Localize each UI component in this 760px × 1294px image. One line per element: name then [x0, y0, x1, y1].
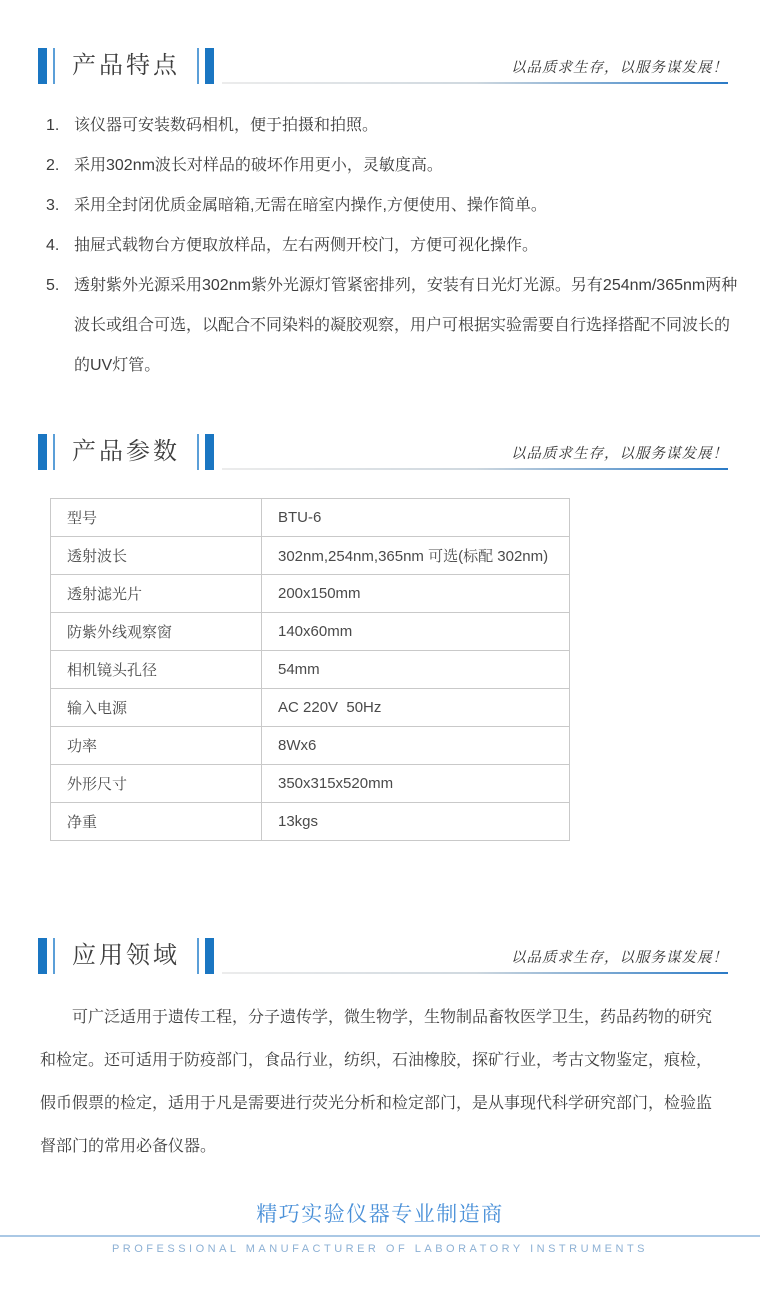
param-label: 防紫外线观察窗 [51, 613, 262, 651]
product-detail-page: 产品特点 以品质求生存，以服务谋发展！ 1.该仪器可安装数码相机，便于拍摄和拍照… [0, 0, 760, 1294]
section-header-applications: 应用领域 以品质求生存，以服务谋发展！ [38, 938, 728, 974]
list-item: 1.该仪器可安装数码相机，便于拍摄和拍照。 [46, 106, 738, 146]
section-header-features: 产品特点 以品质求生存，以服务谋发展！ [38, 48, 728, 84]
param-value: 13kgs [262, 803, 570, 841]
company-slogan: 以品质求生存，以服务谋发展！ [511, 442, 728, 463]
gradient-underline [222, 468, 728, 470]
table-row: 透射波长 302nm,254nm,365nm 可选(标配 302nm) [51, 537, 570, 575]
slogan-area: 以品质求生存，以服务谋发展！ [222, 434, 728, 470]
list-item-text: 采用全封闭优质金属暗箱,无需在暗室内操作,方便使用、操作简单。 [74, 197, 547, 214]
param-value: 140x60mm [262, 613, 570, 651]
list-item-number: 1. [46, 106, 66, 146]
param-label: 相机镜头孔径 [51, 651, 262, 689]
accent-bar-icon [205, 48, 214, 84]
accent-bar-icon [38, 938, 47, 974]
company-slogan: 以品质求生存，以服务谋发展！ [511, 56, 728, 77]
list-item-text: 该仪器可安装数码相机，便于拍摄和拍照。 [74, 117, 378, 134]
applications-paragraph: 可广泛适用于遗传工程，分子遗传学，微生物学，生物制品畜牧医学卫生，药品药物的研究… [40, 996, 724, 1168]
param-label: 透射滤光片 [51, 575, 262, 613]
gradient-underline [222, 82, 728, 84]
footer: 精巧实验仪器专业制造商 PROFESSIONAL MANUFACTURER OF… [0, 1202, 760, 1255]
param-label: 型号 [51, 499, 262, 537]
param-value: 350x315x520mm [262, 765, 570, 803]
param-value: 200x150mm [262, 575, 570, 613]
accent-bar-icon [205, 434, 214, 470]
list-item: 2.采用302nm波长对样品的破坏作用更小，灵敏度高。 [46, 146, 738, 186]
table-row: 相机镜头孔径 54mm [51, 651, 570, 689]
accent-bar-icon [197, 48, 199, 84]
list-item-number: 4. [46, 226, 66, 266]
list-item: 3.采用全封闭优质金属暗箱,无需在暗室内操作,方便使用、操作简单。 [46, 186, 738, 226]
accent-bar-icon [38, 434, 47, 470]
section-title-applications: 应用领域 [72, 938, 180, 974]
footer-brand-text: 精巧实验仪器专业制造商 [0, 1202, 760, 1228]
footer-tagline-text: PROFESSIONAL MANUFACTURER OF LABORATORY … [0, 1243, 760, 1255]
table-row: 输入电源 AC 220V 50Hz [51, 689, 570, 727]
slogan-area: 以品质求生存，以服务谋发展！ [222, 48, 728, 84]
table-row: 防紫外线观察窗 140x60mm [51, 613, 570, 651]
accent-bar-icon [53, 434, 55, 470]
param-value: BTU-6 [262, 499, 570, 537]
list-item-text: 抽屉式载物台方便取放样品，左右两侧开校门，方便可视化操作。 [74, 237, 538, 254]
company-slogan: 以品质求生存，以服务谋发展！ [511, 946, 728, 967]
accent-bar-icon [197, 938, 199, 974]
param-label: 输入电源 [51, 689, 262, 727]
slogan-area: 以品质求生存，以服务谋发展！ [222, 938, 728, 974]
list-item-number: 3. [46, 186, 66, 226]
param-label: 净重 [51, 803, 262, 841]
param-value: 8Wx6 [262, 727, 570, 765]
param-value: 302nm,254nm,365nm 可选(标配 302nm) [262, 537, 570, 575]
list-item-number: 2. [46, 146, 66, 186]
accent-bar-icon [53, 48, 55, 84]
list-item-text: 透射紫外光源采用302nm紫外光源灯管紧密排列，安装有日光灯光源。另有254nm… [74, 277, 737, 374]
list-item-number: 5. [46, 266, 66, 306]
param-label: 外形尺寸 [51, 765, 262, 803]
section-header-params: 产品参数 以品质求生存，以服务谋发展！ [38, 434, 728, 470]
table-row: 净重 13kgs [51, 803, 570, 841]
list-item-text: 采用302nm波长对样品的破坏作用更小，灵敏度高。 [74, 157, 443, 174]
table-row: 功率 8Wx6 [51, 727, 570, 765]
list-item: 4.抽屉式载物台方便取放样品，左右两侧开校门，方便可视化操作。 [46, 226, 738, 266]
param-label: 透射波长 [51, 537, 262, 575]
param-value: AC 220V 50Hz [262, 689, 570, 727]
table-row: 外形尺寸 350x315x520mm [51, 765, 570, 803]
list-item: 5.透射紫外光源采用302nm紫外光源灯管紧密排列，安装有日光灯光源。另有254… [46, 266, 738, 386]
accent-bar-icon [205, 938, 214, 974]
accent-bar-icon [38, 48, 47, 84]
section-title-params: 产品参数 [72, 434, 180, 470]
param-value: 54mm [262, 651, 570, 689]
table-row: 透射滤光片 200x150mm [51, 575, 570, 613]
section-title-features: 产品特点 [72, 48, 180, 84]
features-list: 1.该仪器可安装数码相机，便于拍摄和拍照。 2.采用302nm波长对样品的破坏作… [46, 106, 738, 386]
accent-bar-icon [53, 938, 55, 974]
gradient-underline [222, 972, 728, 974]
product-parameters-table: 型号 BTU-6 透射波长 302nm,254nm,365nm 可选(标配 30… [50, 498, 570, 841]
accent-bar-icon [197, 434, 199, 470]
table-row: 型号 BTU-6 [51, 499, 570, 537]
footer-divider-line [0, 1235, 760, 1237]
param-label: 功率 [51, 727, 262, 765]
